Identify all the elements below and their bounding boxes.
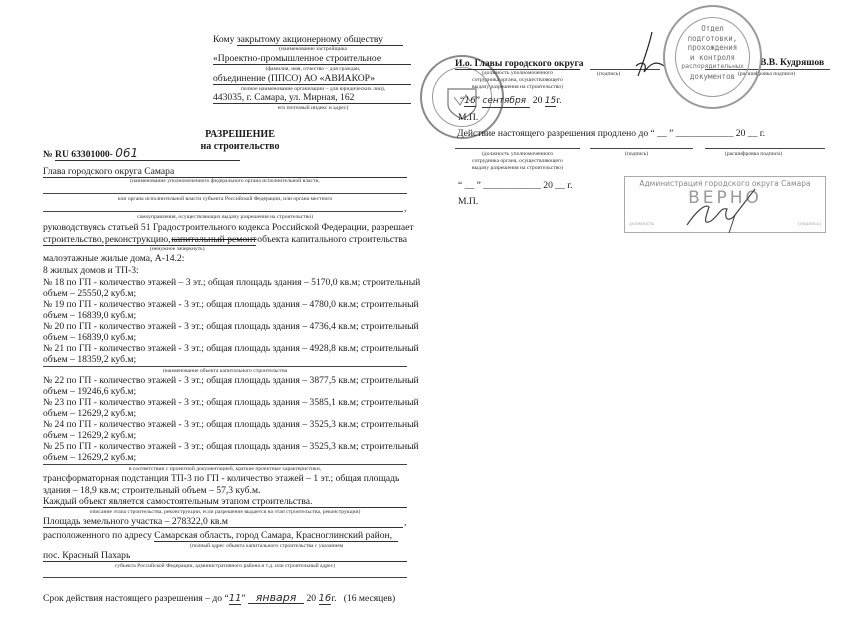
house-21-line-1: № 21 по ГП - количество этажей - 3 эт.; … <box>43 343 419 354</box>
authority-hint-1: (наименование уполномоченного федерально… <box>43 178 407 185</box>
verified-stamp-right-hint: (подпись) <box>798 221 821 227</box>
stamp-line-2: подготовки, <box>665 34 760 44</box>
substation-line-1: трансформаторная подстанция ТП-3 по ГП -… <box>43 473 399 484</box>
house-24: № 24 по ГП - количество этажей - 3 эт.; … <box>43 419 419 441</box>
house-18: № 18 по ГП - количество этажей – 3 эт.; … <box>43 277 420 299</box>
verifier-signature-icon <box>675 185 765 233</box>
house-20: № 20 по ГП - количество этажей - 3 эт.; … <box>43 321 419 343</box>
permit-number: № RU 63301000- 061 <box>43 148 240 161</box>
location-value-2: пос. Красный Пахарь <box>43 550 407 562</box>
extension-signature-line <box>590 148 693 149</box>
object-intro-1: малоэтажные жилые дома, А-14.2: <box>43 253 184 264</box>
authority-blank-line-1 <box>43 193 407 194</box>
authority-hint-3: самоуправления, осуществляющих выдачу ра… <box>43 214 407 221</box>
extension-position-hint-2: сотрудника органа, осуществляющего <box>455 158 580 165</box>
validity-quote-close: ” <box>241 593 245 604</box>
number-prefix: № <box>43 149 53 160</box>
option-reconstruction: реконструкцию, <box>105 234 171 246</box>
validity-day: 11 <box>229 593 242 605</box>
seal-place-label: М.П. <box>458 112 478 123</box>
date-quote-close: ” <box>476 95 480 106</box>
validity-month: января <box>248 592 304 604</box>
date-year-suffix: г. <box>556 95 561 106</box>
extension-seal-place: М.П. <box>458 196 478 207</box>
addressee-value-3: объединение (ППСО) АО «АВИАКОР» <box>213 73 411 85</box>
house-24-line-2: объем – 12629,2 куб.м; <box>43 430 419 441</box>
verified-stamp: Администрация городского округа Самара В… <box>624 176 826 233</box>
option-construction: строительство, <box>43 234 104 246</box>
addressee-value-4: 443035, г. Самара, ул. Мирная, 162 <box>213 92 411 104</box>
house-20-line-1: № 20 по ГП - количество этажей - 3 эт.; … <box>43 321 419 332</box>
extension-position-line <box>455 148 580 149</box>
signature-date-month: сентября <box>482 96 530 108</box>
addressee-value-1: закрытому акционерному обществу <box>237 34 403 46</box>
date-year-prefix: 20 <box>533 95 543 106</box>
authority-blank-line-2 <box>43 211 403 212</box>
stage-description: Каждый объект является самостоятельным э… <box>43 496 407 508</box>
house-18-line-2: объем – 25550,2 куб.м; <box>43 288 420 299</box>
authority-hint-2: или органа исполнительной власти субъект… <box>43 196 407 203</box>
house-22-line-1: № 22 по ГП - количество этажей - 3 эт.; … <box>43 375 419 386</box>
land-area: Площадь земельного участка – 278322,0 кв… <box>43 516 403 528</box>
stamp-text: Отдел подготовки, прохождения и контроля… <box>665 24 760 81</box>
signature-date: “16” сентября 20 15г. <box>460 95 562 108</box>
land-area-comma: , <box>404 517 406 528</box>
house-21: № 21 по ГП - количество этажей - 3 эт.; … <box>43 343 419 365</box>
addressee-prefix: Кому <box>213 34 234 45</box>
position-hint-3: выдачу разрешения на строительство) <box>455 84 580 91</box>
verified-stamp-left-hint: должность <box>629 221 654 227</box>
house-22: № 22 по ГП - количество этажей - 3 эт.; … <box>43 375 419 397</box>
stamp-line-6: документов <box>665 72 760 82</box>
addressee-hint-4: его почтовый индекс и адрес) <box>213 105 413 112</box>
body-line-2-tail: объекта капитального строительства <box>257 234 407 246</box>
body-line-2: строительство, реконструкцию, капитальны… <box>43 234 407 246</box>
extension-text: Действие настоящего разрешения продлено … <box>457 128 765 139</box>
object-intro-2: 8 жилых домов и ТП-3: <box>43 265 139 276</box>
house-25-line-2: объем – 12629,2 куб.м; <box>43 452 419 463</box>
signatory-name: В.В. Кудряшов <box>760 57 824 68</box>
signature-hint: (подпись) <box>597 71 620 78</box>
extension-date: “ __ ” ____________ 20 __ г. <box>458 180 573 191</box>
addressee-hint-1: (наименование застройщика <box>213 46 413 53</box>
signature-date-year: 15 <box>545 96 556 107</box>
house-25-line-1: № 25 по ГП - количество этажей - 3 эт.; … <box>43 441 419 452</box>
house-19: № 19 по ГП - количество этажей - 3 эт.; … <box>43 299 419 321</box>
location-hint-2: субъекта Российской Федерации, администр… <box>43 563 407 570</box>
validity-prefix: Срок действия настоящего разрешения – до… <box>43 593 229 604</box>
extension-signature-hint: (подпись) <box>625 151 648 158</box>
stamp-line-3: прохождения <box>665 43 760 53</box>
addressee-hint-2: (фамилия, имя, отчество – для граждан, <box>213 66 413 73</box>
authority-value: Глава городского округа Самара <box>43 166 407 178</box>
object-name-hint: (наименование объекта капитального строи… <box>43 368 407 375</box>
department-round-stamp: Отдел подготовки, прохождения и контроля… <box>663 5 762 109</box>
location-blank-line <box>43 577 407 578</box>
house-20-line-2: объем – 16839,0 куб.м; <box>43 332 419 343</box>
strike-hint: (ненужное зачеркнуть) <box>150 246 205 253</box>
stage-hint: описание этапа строительства, реконструк… <box>43 509 407 516</box>
stamp-line-4: и контроля <box>665 53 760 63</box>
house-24-line-1: № 24 по ГП - количество этажей - 3 эт.; … <box>43 419 419 430</box>
position-hint-1: (должность уполномоченного <box>455 70 580 77</box>
validity-year: 16 <box>319 593 332 605</box>
position-hint-2: сотрудника органа, осуществляющего <box>455 77 580 84</box>
house-25: № 25 по ГП - количество этажей - 3 эт.; … <box>43 441 419 463</box>
addressee-value-2: «Проектно-промышленное строительное <box>213 53 411 65</box>
extension-position-hint-1: (должность уполномоченного <box>455 151 580 158</box>
signature-date-day: 16 <box>464 96 475 107</box>
authority-comma: , <box>404 203 406 214</box>
document-title: РАЗРЕШЕНИЕ <box>150 129 330 140</box>
object-line-a <box>43 366 407 367</box>
house-23-line-2: объем – 12629,2 куб.м; <box>43 408 419 419</box>
number-code: RU 63301000- <box>55 149 113 160</box>
validity-year-prefix: 20 <box>307 593 317 604</box>
house-19-line-2: объем – 16839,0 куб.м; <box>43 310 419 321</box>
addressee-line-1: Кому закрытому акционерному обществу <box>213 34 403 46</box>
validity-duration: (16 месяцев) <box>344 593 396 604</box>
stamp-line-5: распорядительных <box>665 62 760 72</box>
extension-name-line <box>705 148 825 149</box>
validity-line: Срок действия настоящего разрешения – до… <box>43 592 395 604</box>
location-line-1: расположенного по адресу Самарская облас… <box>43 530 398 542</box>
house-19-line-1: № 19 по ГП - количество этажей - 3 эт.; … <box>43 299 419 310</box>
extension-position-hint-3: выдачу разрешения на строительство) <box>455 165 580 172</box>
extension-name-hint: (расшифровка подписи) <box>725 151 782 158</box>
stamp-line-1: Отдел <box>665 24 760 34</box>
option-repair-struck: капитальный ремонт <box>171 234 256 246</box>
substation-line-2: здания – 18,9 кв.м; строительный объем –… <box>43 485 260 496</box>
house-22-line-2: объем – 19246,6 куб.м; <box>43 386 419 397</box>
location-hint-1: (полный адрес объекта капитального строи… <box>190 543 343 550</box>
signatory-position: И.о. Главы городского округа <box>455 58 580 70</box>
location-prefix: расположенного по адресу <box>43 530 152 541</box>
house-21-line-2: объем – 18359,2 куб.м; <box>43 354 419 365</box>
house-23: № 23 по ГП - количество этажей - 3 эт.; … <box>43 397 419 419</box>
location-value-1: Самарская область, город Самара, Красног… <box>154 530 398 542</box>
house-23-line-1: № 23 по ГП - количество этажей - 3 эт.; … <box>43 397 419 408</box>
object-line-b <box>43 464 407 465</box>
project-hint: в соответствии с проектной документацией… <box>43 466 407 473</box>
number-handwritten: 061 <box>115 146 138 160</box>
validity-year-suffix: г. <box>331 593 336 604</box>
body-line-1: руководствуясь статьей 51 Градостроитель… <box>43 222 407 233</box>
house-18-line-1: № 18 по ГП - количество этажей – 3 эт.; … <box>43 277 420 288</box>
